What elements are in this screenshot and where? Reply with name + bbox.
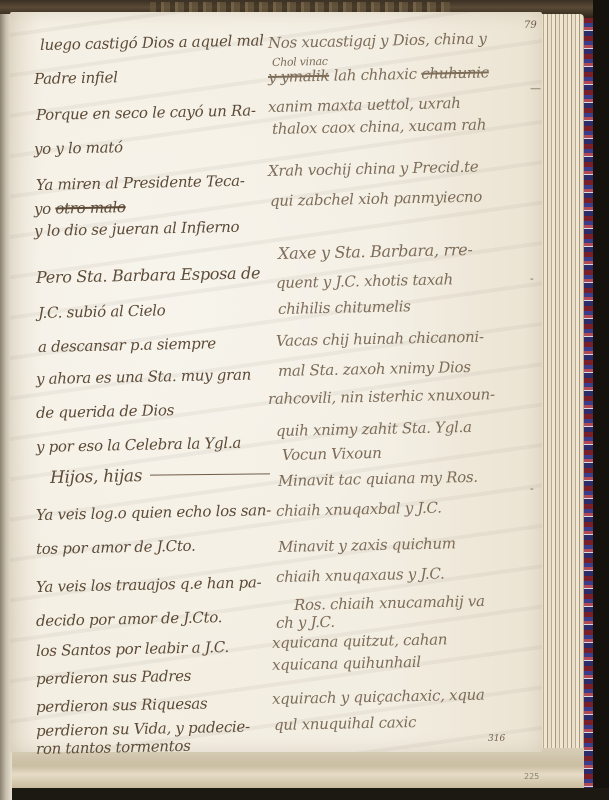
manuscript-page: 79 luego castigó Dios a aquel mal Padre … xyxy=(10,12,542,752)
text-line: ch y J.C. xyxy=(276,613,335,632)
text-line: Ya veis log.o quien echo los san- xyxy=(36,501,271,524)
text-line: Porque en seco le cayó un Ra- xyxy=(36,101,256,124)
text-line: Ya miren al Presidente Teca- xyxy=(36,172,245,194)
margin-mark: - xyxy=(530,482,534,495)
text-line: xquicana quihunhail xyxy=(272,653,421,674)
text-line: Ya veis los trauajos q.e han pa- xyxy=(36,573,262,596)
text-line: quih xnimy zahit Sta. Ygl.a xyxy=(276,418,472,440)
text-line: luego castigó Dios a aquel mal xyxy=(40,31,264,54)
text-line: Padre infiel xyxy=(34,68,118,88)
background-right xyxy=(593,0,609,800)
text-line: Xrah vochij china y Precid.te xyxy=(268,158,479,180)
text-line: yo otro malo xyxy=(34,198,126,218)
text-line: rahcovili, nin isterhic xnuxoun- xyxy=(268,385,495,408)
text-line: perdieron sus Padres xyxy=(36,667,191,688)
text-line: decido por amor de J.Cto. xyxy=(36,608,223,630)
text-line: y ymalik lah chhaxic chuhunic xyxy=(268,63,489,86)
text-line: qui zabchel xioh panmyiecno xyxy=(270,188,482,210)
text-line: Minavit tac quiana my Ros. xyxy=(278,468,478,490)
text-line: los Santos por leabir a J.C. xyxy=(36,638,229,660)
text-line: chiaih xnuqaxaus y J.C. xyxy=(276,564,445,586)
text-line: de querida de Dios xyxy=(36,401,174,422)
page-stack-right xyxy=(540,14,584,792)
text-line: perdieron su Vida, y padecie- xyxy=(36,718,250,740)
text-line: tos por amor de J.Cto. xyxy=(36,537,196,558)
margin-mark: - xyxy=(530,272,534,285)
text-line: xanim maxta uettol, uxrah xyxy=(268,94,461,116)
section-heading: Hijos, hijas xyxy=(50,466,143,488)
text-line: ron tantos tormentos xyxy=(36,737,191,758)
text-line: Pero Sta. Barbara Esposa de xyxy=(36,263,261,287)
text-line: Vacas chij huinah chicanoni- xyxy=(276,328,484,350)
marbled-page-edge xyxy=(583,18,593,788)
text-line: mal Sta. zaxoh xnimy Dios xyxy=(278,358,471,380)
text-line: y ahora es una Sta. muy gran xyxy=(36,365,251,387)
manuscript-photo: 79 luego castigó Dios a aquel mal Padre … xyxy=(0,0,609,800)
text-line: Nos xucastigaj y Dios, china y xyxy=(268,29,487,52)
text-line: J.C. subió al Cielo xyxy=(38,301,166,322)
margin-mark: — xyxy=(530,82,541,95)
text-line: chihilis chitumelis xyxy=(278,297,411,318)
text-line: xquirach y quiçachaxic, xqua xyxy=(272,686,485,708)
text-line: Vocun Vixoun xyxy=(282,444,382,464)
text-line: Minavit y zaxis quichum xyxy=(278,534,456,556)
struck-text: y ymalik xyxy=(268,67,330,86)
text-line: Xaxe y Sta. Barbara, rre- xyxy=(278,240,473,263)
text-line: Ros. chiaih xnucamahij va xyxy=(294,592,485,614)
text-line: qul xnuquihal caxic xyxy=(274,713,416,734)
page-number: 316 xyxy=(488,734,505,744)
text-line: thalox caox china, xucam rah xyxy=(272,116,486,138)
stamp-number: 225 xyxy=(524,772,539,781)
text-line: yo y lo mató xyxy=(34,138,123,158)
text-line: y lo dio se jueran al Infierno xyxy=(34,218,240,240)
struck-text: otro malo xyxy=(55,198,126,217)
folio-number: 79 xyxy=(524,20,537,31)
text-line: a descansar p.a siempre xyxy=(38,334,216,356)
struck-text: chuhunic xyxy=(421,63,489,82)
background-bottom xyxy=(0,788,609,800)
text-line: y por eso la Celebra la Ygl.a xyxy=(36,434,241,456)
text-line: chiaih xnuqaxbal y J.C. xyxy=(276,499,442,520)
text-line: xquicana quitzut, cahan xyxy=(272,630,448,652)
text-line: quent y J.C. xhotis taxah xyxy=(276,270,453,292)
text-line: perdieron sus Riquesas xyxy=(36,694,208,716)
divider-stroke xyxy=(150,473,270,475)
